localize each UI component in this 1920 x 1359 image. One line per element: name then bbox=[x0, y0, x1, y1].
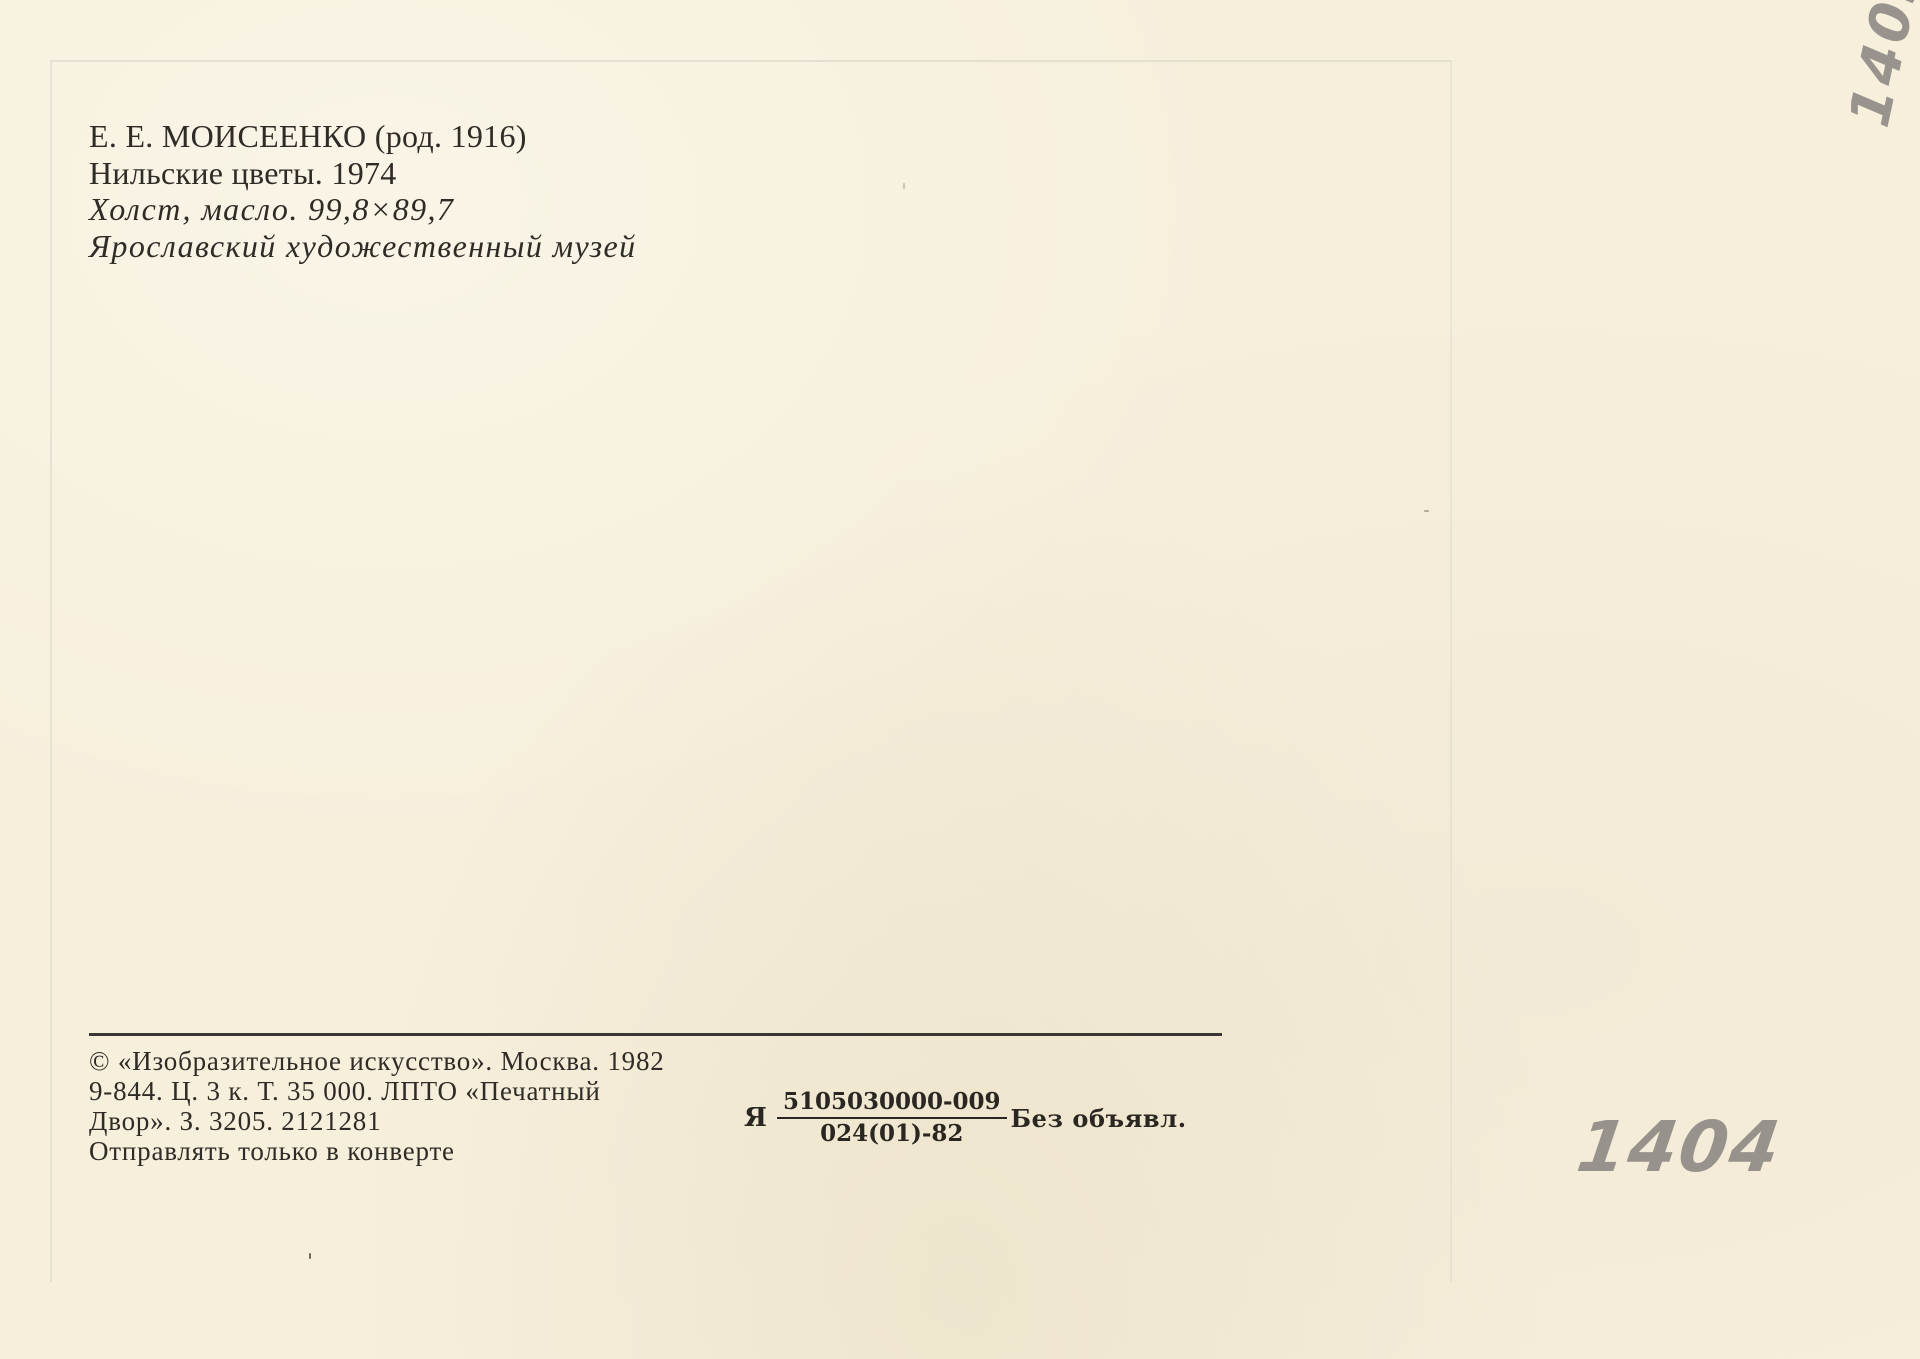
imprint-print-info: 9-844. Ц. 3 к. Т. 35 000. ЛПТО «Печатный bbox=[89, 1076, 665, 1106]
publisher-imprint: © «Изобразительное искусство». Москва. 1… bbox=[89, 1046, 665, 1166]
index-note: Без объявл. bbox=[1011, 1104, 1187, 1133]
artwork-title: Нильские цветы. 1974 bbox=[89, 155, 637, 192]
index-letter: Я bbox=[744, 1103, 767, 1133]
paper-speck bbox=[903, 183, 905, 189]
handwritten-number-top: 1403 bbox=[1842, 0, 1920, 132]
imprint-mailing-note: Отправлять только в конверте bbox=[89, 1136, 665, 1166]
index-numerator: 5105030000-009 bbox=[777, 1087, 1007, 1119]
paper-speck bbox=[1424, 510, 1429, 512]
museum-name: Ярославский художественный музей bbox=[89, 228, 637, 265]
catalog-index: Я 5105030000-009 024(01)-82 Без объявл. bbox=[744, 1087, 1187, 1149]
imprint-copyright: © «Изобразительное искусство». Москва. 1… bbox=[89, 1046, 665, 1076]
artist-name: Е. Е. МОИСЕЕНКО (род. 1916) bbox=[89, 118, 637, 155]
index-denominator: 024(01)-82 bbox=[814, 1119, 969, 1149]
paper-speck bbox=[309, 1253, 311, 1259]
artwork-caption: Е. Е. МОИСЕЕНКО (род. 1916) Нильские цве… bbox=[89, 118, 637, 264]
artwork-medium-size: Холст, масло. 99,8×89,7 bbox=[89, 191, 637, 228]
imprint-order-info: Двор». З. 3205. 2121281 bbox=[89, 1106, 665, 1136]
divider-rule bbox=[89, 1033, 1222, 1036]
index-fraction: 5105030000-009 024(01)-82 bbox=[777, 1087, 1007, 1149]
handwritten-number-bottom: 1404 bbox=[1573, 1112, 1786, 1182]
